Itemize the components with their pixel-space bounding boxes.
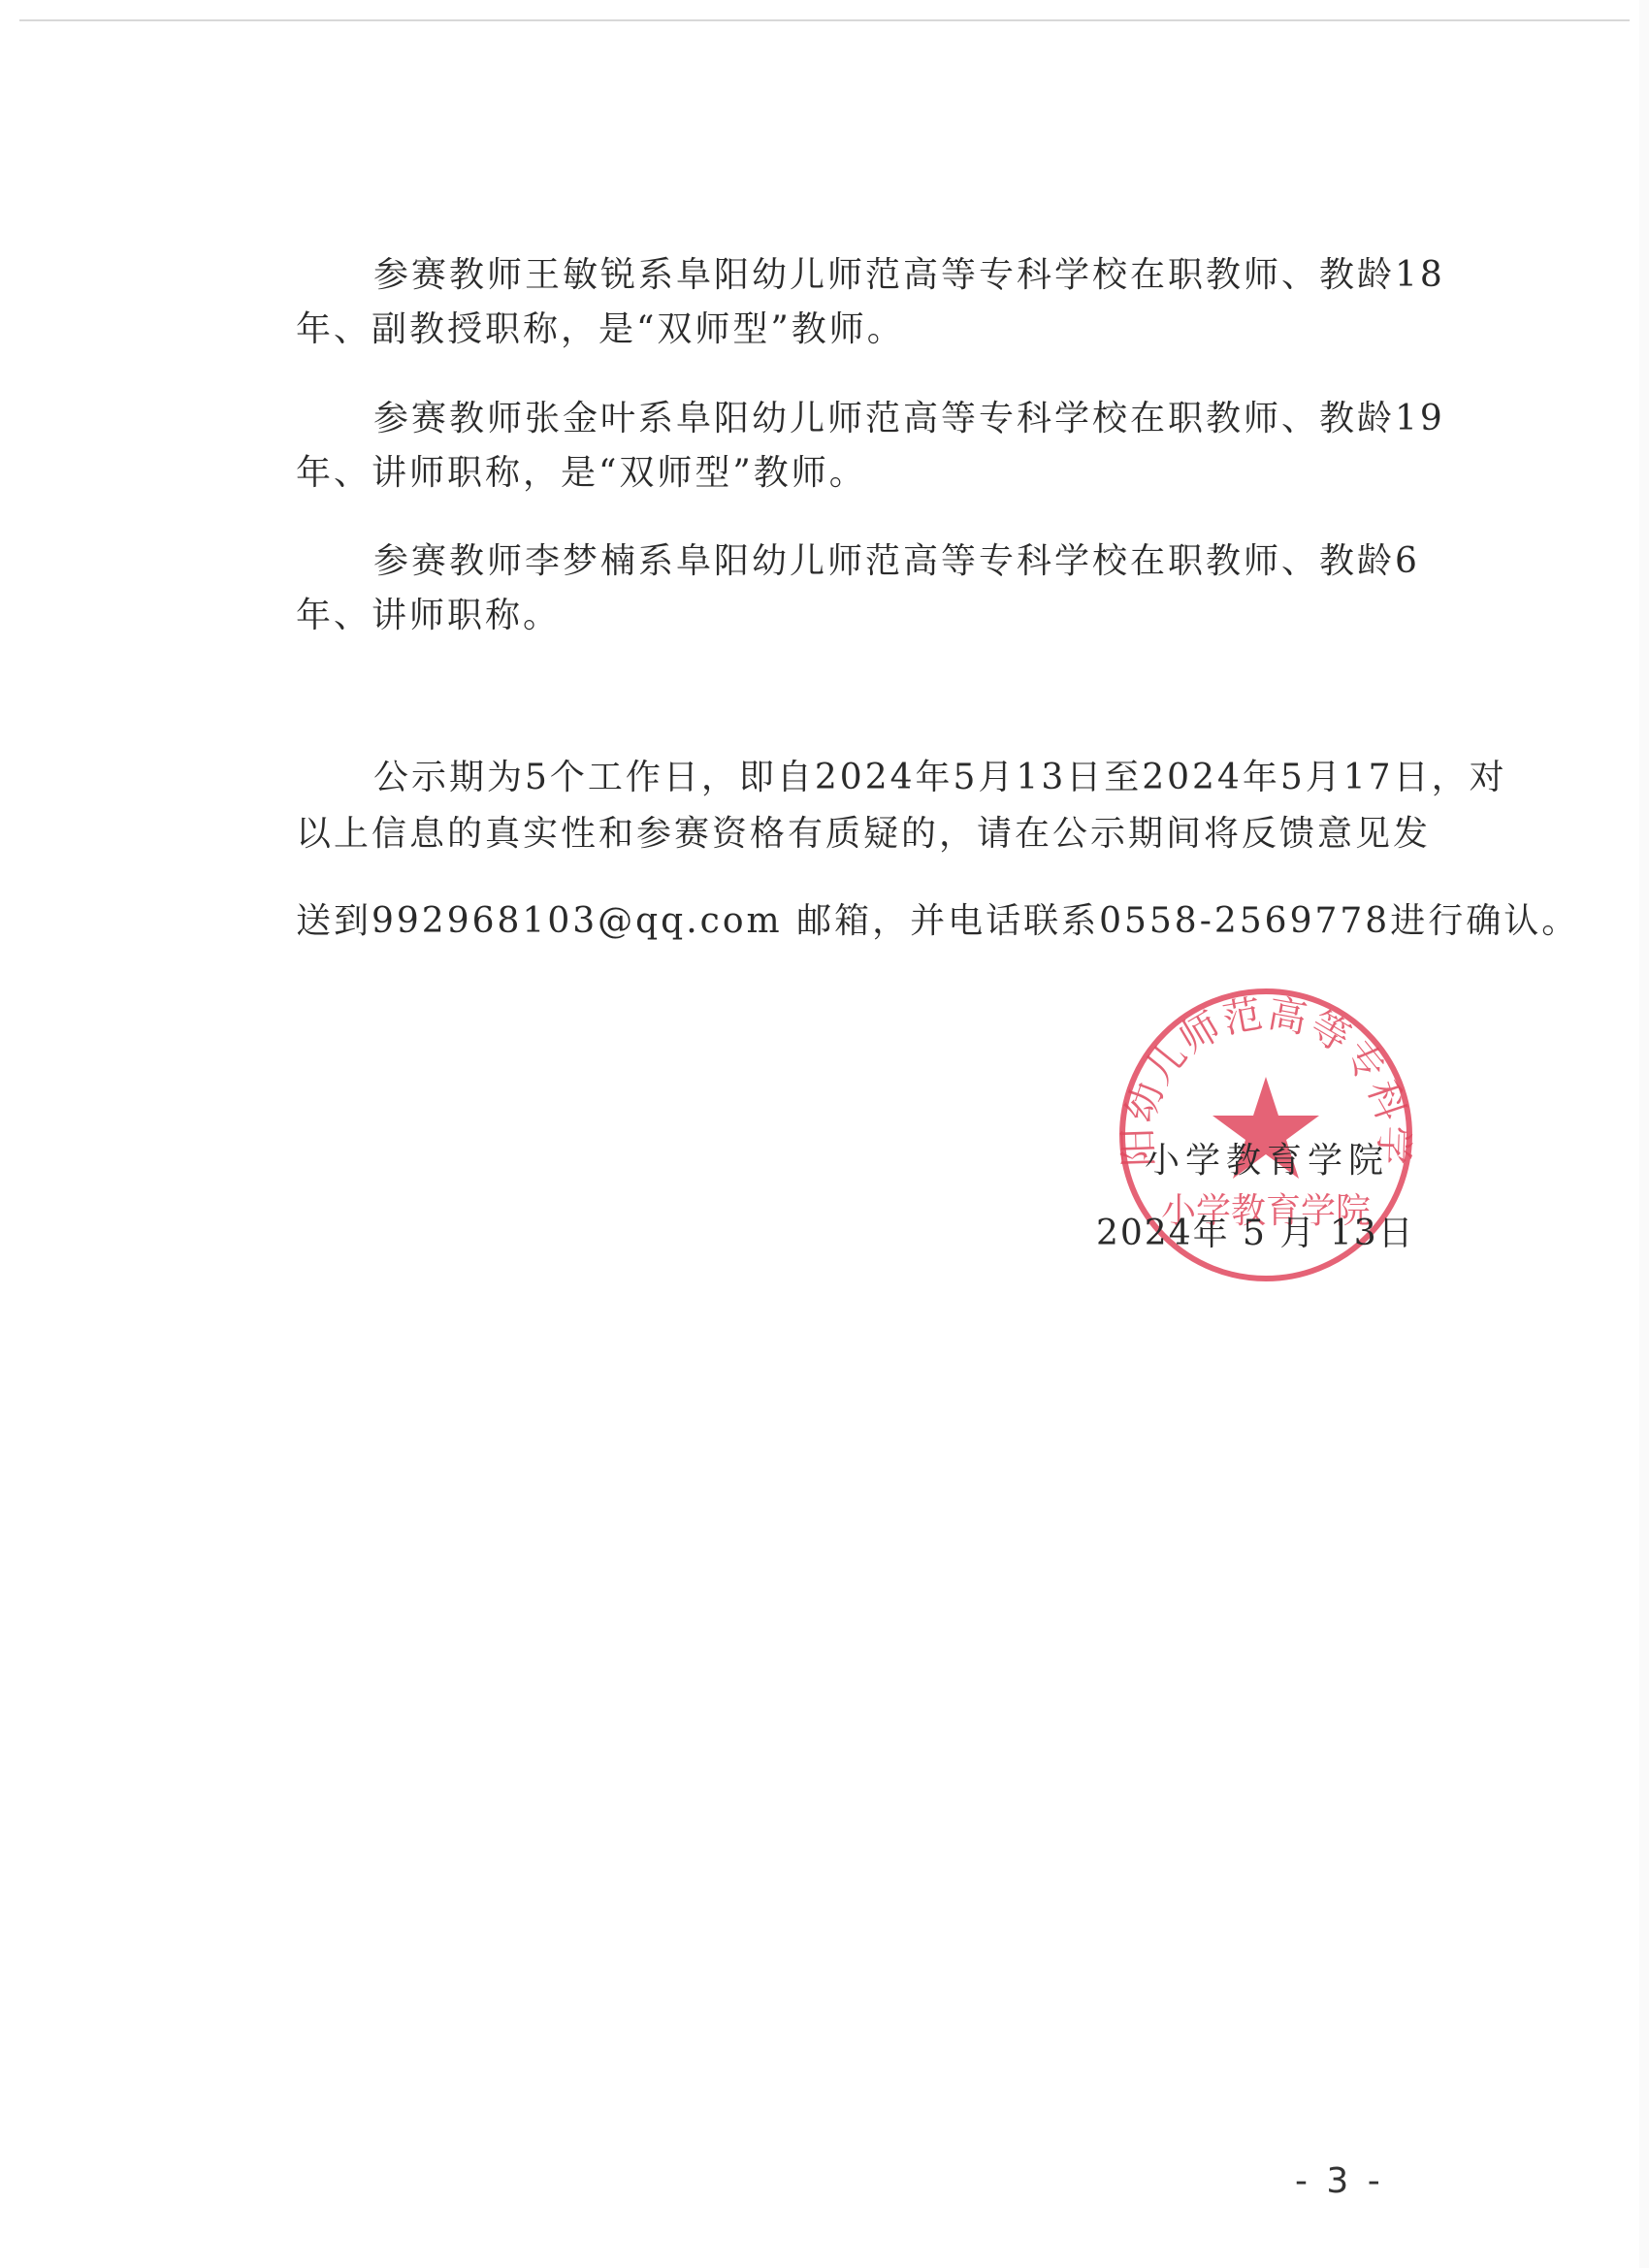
paragraph-2-line-1: 参赛教师张金叶系阜阳幼儿师范高等专科学校在职教师、教龄19 [373, 398, 1445, 440]
signature-org: 小学教育学院 [1145, 1140, 1389, 1183]
paragraph-4-line-2: 以上信息的真实性和参赛资格有质疑的，请在公示期间将反馈意见发 [296, 813, 1431, 856]
paragraph-4-line-3: 送到992968103@qq.com 邮箱，并电话联系0558-2569778进… [296, 900, 1579, 943]
scan-top-edge [19, 19, 1630, 21]
paragraph-3-line-2: 年、讲师职称。 [296, 595, 561, 637]
signature-date: 2024年 5 月 13日 [1096, 1213, 1415, 1255]
paragraph-3-line-1: 参赛教师李梦楠系阜阳幼儿师范高等专科学校在职教师、教龄6 [373, 540, 1420, 583]
paragraph-1-line-1: 参赛教师王敏锐系阜阳幼儿师范高等专科学校在职教师、教龄18 [373, 254, 1445, 297]
page-number: - 3 - [1295, 2161, 1384, 2201]
paragraph-2-line-2: 年、讲师职称，是“双师型”教师。 [296, 452, 867, 495]
paragraph-4-line-1: 公示期为5个工作日，即自2024年5月13日至2024年5月17日，对 [373, 757, 1507, 799]
scan-right-edge [1639, 0, 1649, 2268]
paragraph-1-line-2: 年、副教授职称，是“双师型”教师。 [296, 308, 905, 351]
